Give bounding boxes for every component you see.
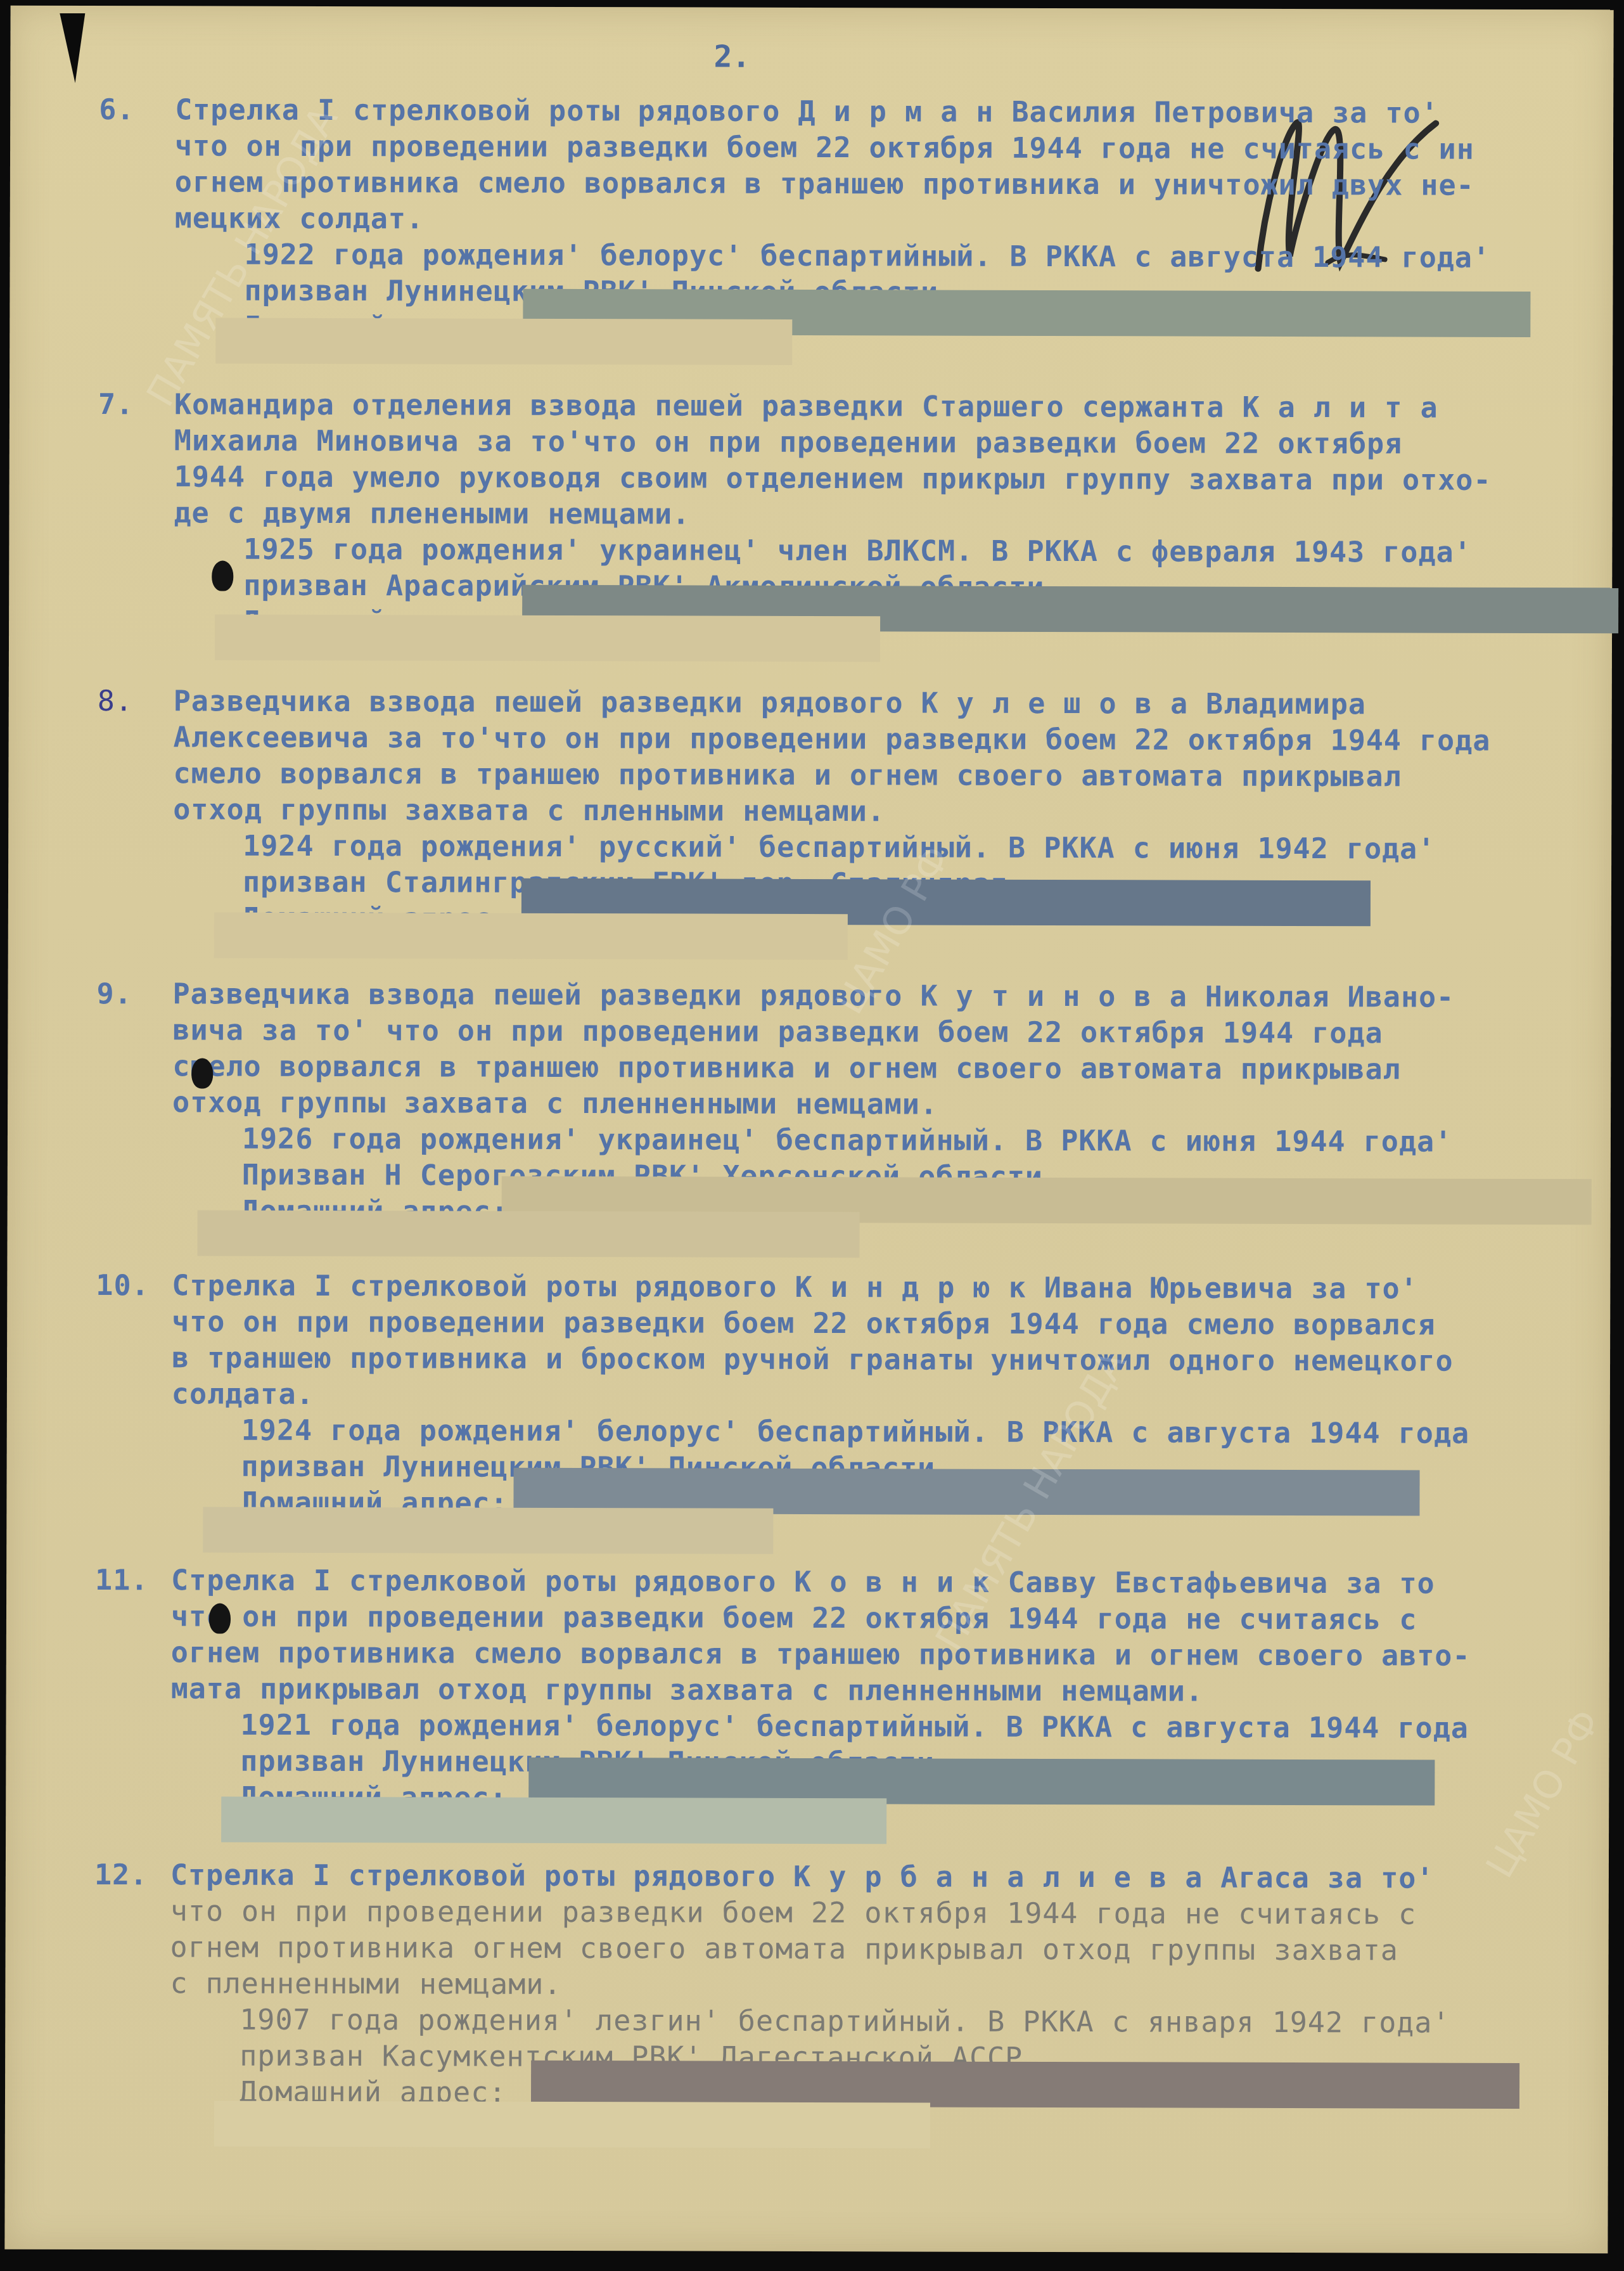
torn-corner	[50, 13, 86, 83]
punch-hole	[212, 561, 233, 591]
entry-text-line: мата прикрывал отход группы захвата с пл…	[171, 1670, 1590, 1710]
entry-text-line: Стрелка I стрелковой роты рядового К у р…	[170, 1856, 1590, 1896]
entry-text-line: отход группы захвата с пленненными немца…	[172, 1084, 1592, 1124]
punch-hole	[209, 1604, 231, 1634]
entry-text-line: Разведчика взвода пешей разведки рядовог…	[174, 683, 1593, 723]
entry-text-line: вича за то' что он при проведении развед…	[172, 1012, 1592, 1052]
birth-info: 1926 года рождения' украинец' беспартийн…	[242, 1121, 1592, 1161]
entry-number: 10.	[96, 1267, 149, 1303]
entry-number: 6.	[99, 91, 134, 127]
entry-text-line: огнем противника смело ворвался в транше…	[175, 164, 1594, 203]
entry-number: 7.	[98, 386, 134, 422]
entry-text-line: Стрелка I стрелковой роты рядового К и н…	[172, 1267, 1591, 1307]
document-page: 2. 6. Стрелка I стрелковой роты рядового…	[4, 6, 1613, 2254]
entry-text-line: с пленненными немцами.	[170, 1965, 1589, 2005]
entry-number: 11.	[95, 1562, 148, 1598]
entry-text-line: де с двумя пленеными немцами.	[174, 494, 1593, 534]
entry-text-line: смело ворвался в траншею противника и ог…	[173, 755, 1592, 795]
entry-text-line: мецких солдат.	[175, 200, 1594, 240]
birth-info: 1921 года рождения' белорус' беспартийны…	[240, 1707, 1590, 1747]
entry-text-line: что он при проведении разведки боем 22 о…	[170, 1893, 1590, 1933]
entry-text-line: Разведчика взвода пешей разведки рядовог…	[172, 975, 1592, 1015]
redacted-address-patch	[215, 615, 880, 662]
page-number: 2.	[713, 39, 750, 75]
entry-text-line: Михаила Миновича за то'что он при провед…	[174, 422, 1594, 462]
entry-text-line: смело ворвался в траншею противника и ог…	[172, 1048, 1592, 1088]
redacted-address-patch	[203, 1507, 773, 1554]
redacted-address-patch	[197, 1210, 859, 1258]
entry-text-line: Командира отделения взвода пешей разведк…	[174, 386, 1594, 426]
redacted-address-patch	[214, 913, 848, 960]
birth-info: 1922 года рождения' белорус' беспартийны…	[245, 236, 1594, 276]
birth-info: 1907 года рождения' лезгин' беспартийный…	[240, 2002, 1589, 2042]
entry-text-line: что он при проведении разведки боем 22 о…	[172, 1303, 1591, 1343]
entry-number: 12.	[94, 1856, 148, 1893]
entry-text-line: Алексеевича за то'что он при проведении …	[174, 719, 1593, 759]
entry-text-line: солдата.	[172, 1375, 1591, 1415]
entry-text-line: отход группы захвата с пленными немцами.	[173, 791, 1592, 831]
entry-text-line: что он при проведении разведки боем 22 о…	[171, 1598, 1590, 1638]
redacted-address-patch	[215, 318, 792, 365]
entry-text-line: в траншею противника и броском ручной гр…	[172, 1339, 1591, 1379]
entry-number: 8.	[98, 683, 133, 719]
entry-text-line: огнем противника смело ворвался в транше…	[171, 1634, 1590, 1674]
redacted-address-patch	[221, 1797, 886, 1844]
entry-text-line: Стрелка I стрелковой роты рядового К о в…	[171, 1562, 1590, 1602]
entry-text-line: Стрелка I стрелковой роты рядового Д и р…	[175, 91, 1594, 131]
punch-hole	[191, 1058, 213, 1088]
birth-info: 1925 года рождения' украинец' член ВЛКСМ…	[243, 531, 1593, 571]
entry-text-line: 1944 года умело руководя своим отделение…	[174, 458, 1594, 498]
birth-info: 1924 года рождения' русский' беспартийны…	[243, 828, 1592, 868]
entry-text-line: огнем противника огнем своего автомата п…	[170, 1929, 1590, 1969]
entry-text-line: что он при проведении разведки боем 22 о…	[175, 127, 1594, 167]
entry-number: 9.	[96, 975, 132, 1012]
redacted-address-patch	[214, 2101, 930, 2149]
birth-info: 1924 года рождения' белорус' беспартийны…	[241, 1412, 1591, 1452]
